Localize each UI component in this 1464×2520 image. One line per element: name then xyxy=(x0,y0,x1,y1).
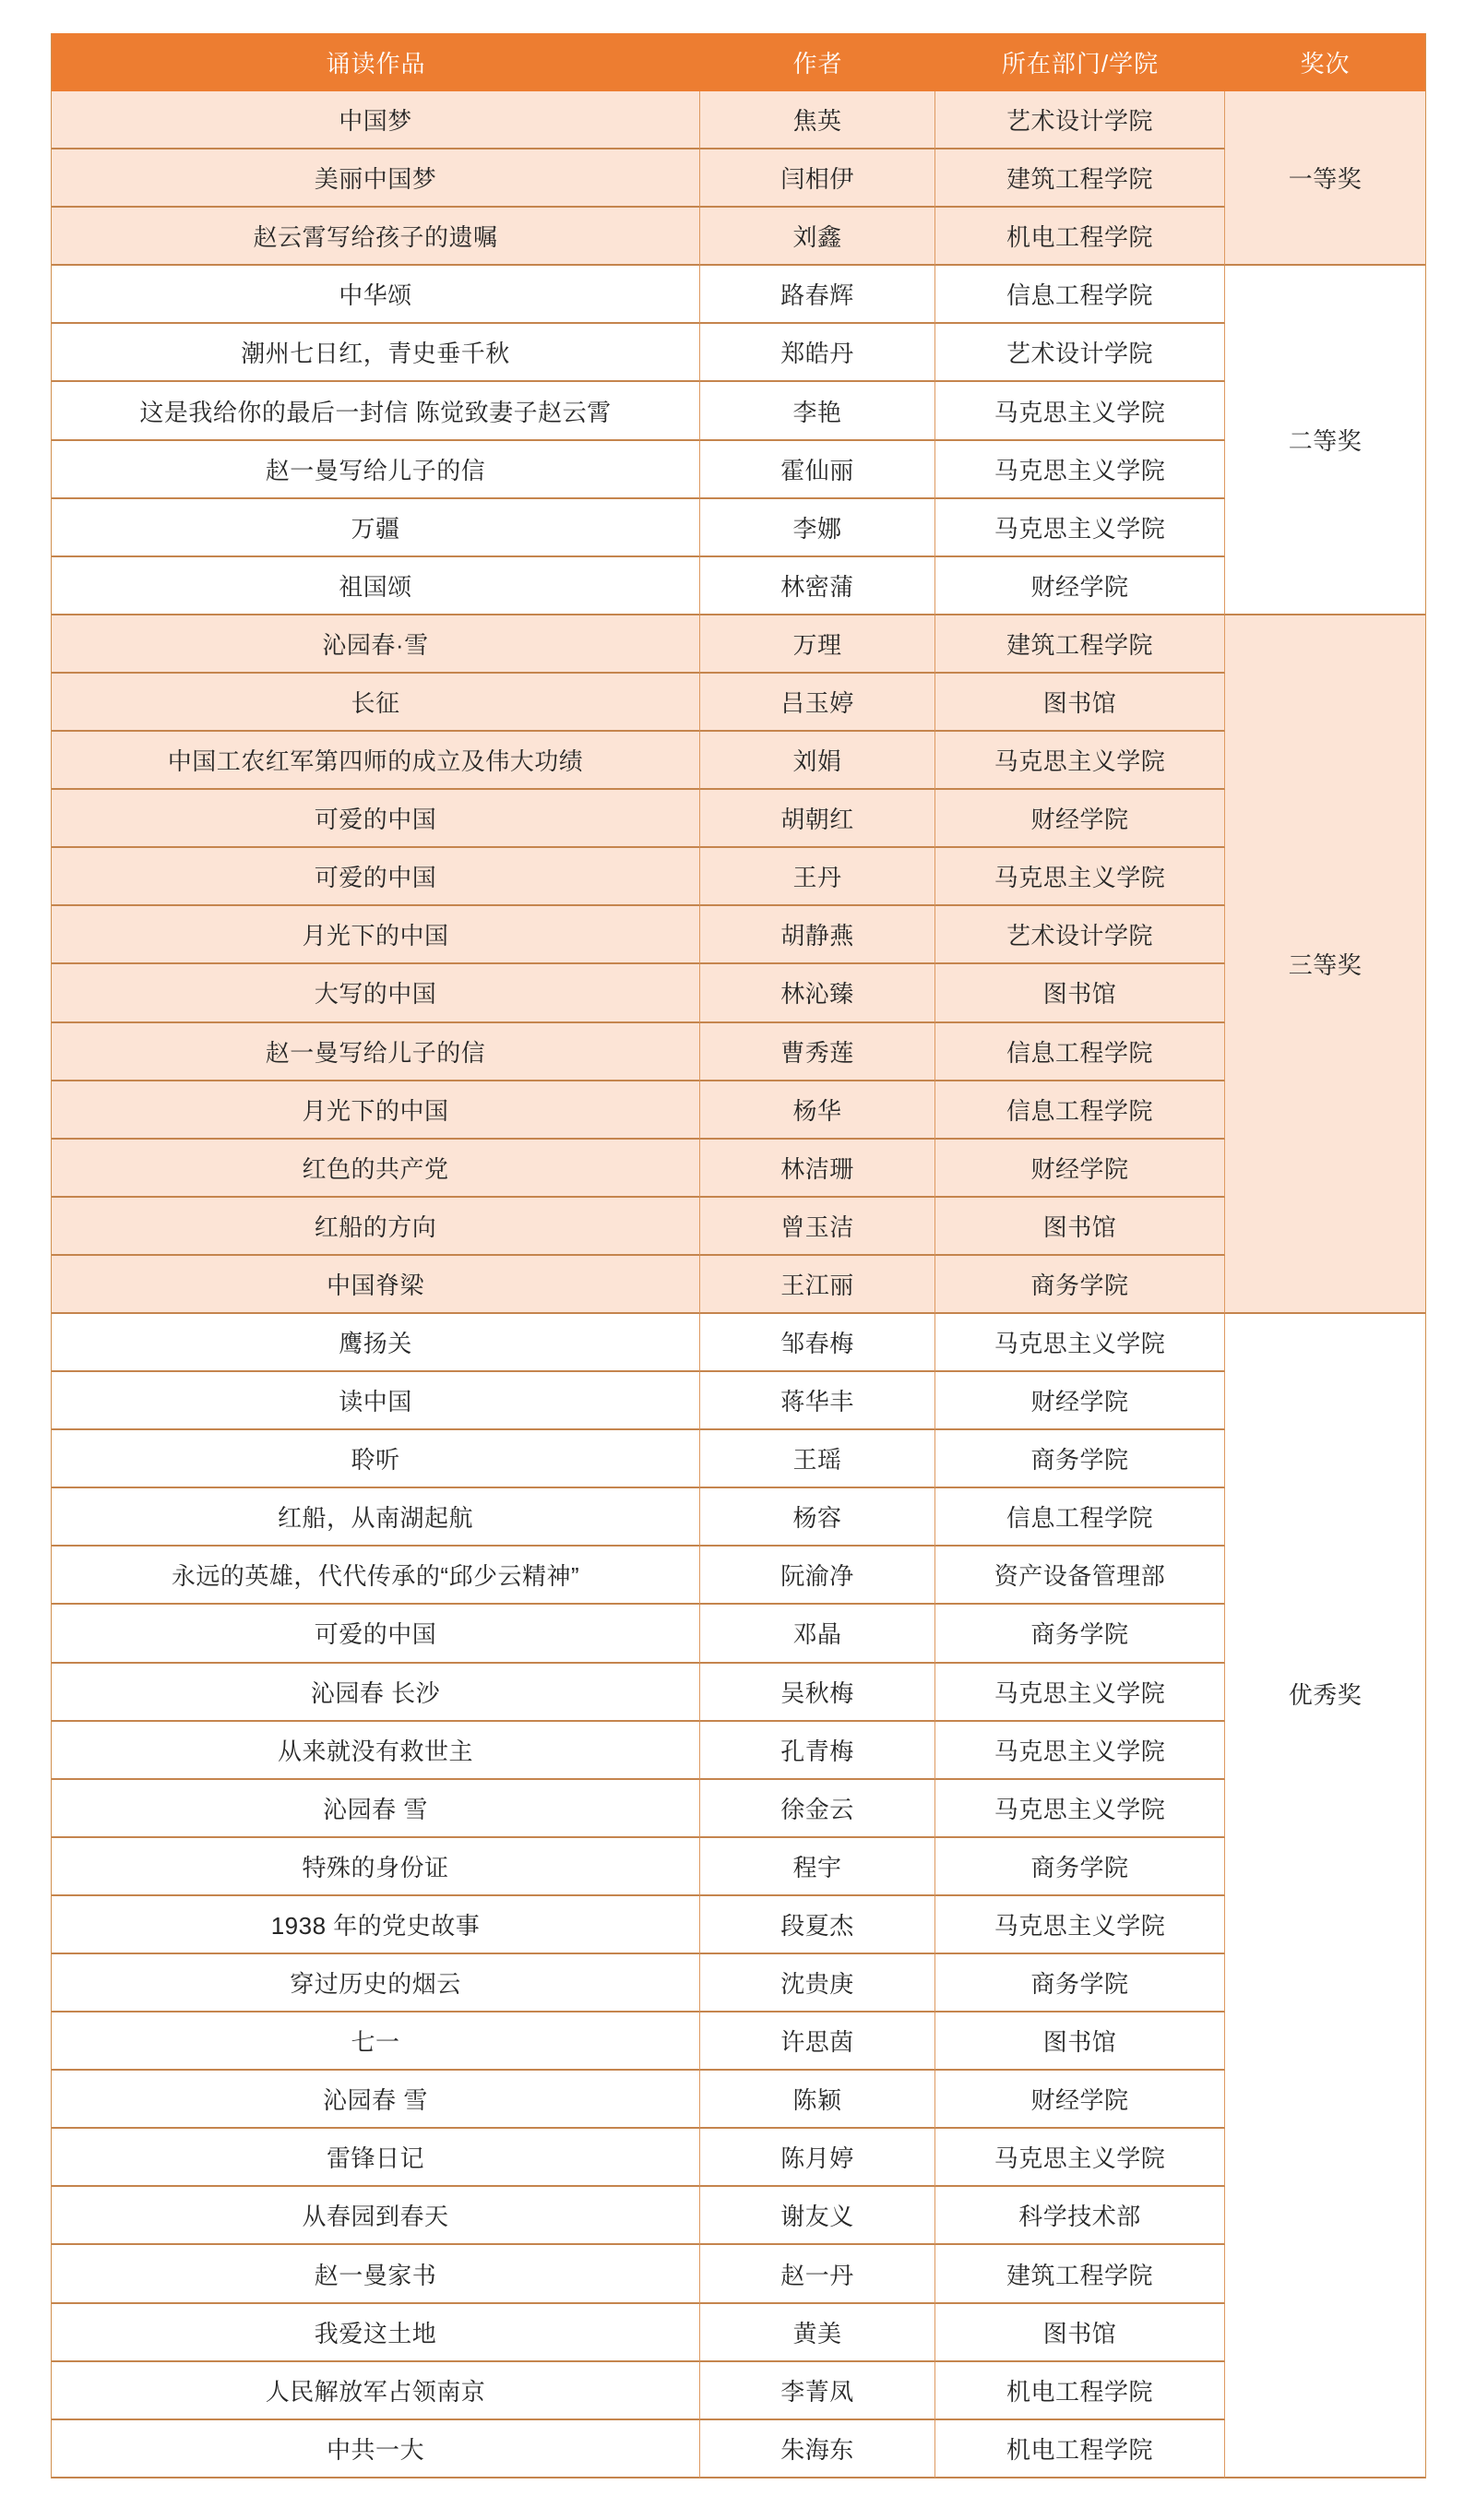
author-cell: 刘鑫 xyxy=(700,208,935,266)
work-title-cell: 月光下的中国 xyxy=(52,906,700,964)
author-cell: 王丹 xyxy=(700,848,935,906)
author-cell: 蒋华丰 xyxy=(700,1372,935,1430)
author-cell: 吴秋梅 xyxy=(700,1664,935,1722)
author-cell: 段夏杰 xyxy=(700,1896,935,1954)
author-cell: 程宇 xyxy=(700,1838,935,1896)
work-title-cell: 红船，从南湖起航 xyxy=(52,1488,700,1547)
work-title-cell: 鹰扬关 xyxy=(52,1314,700,1372)
department-cell: 科学技术部 xyxy=(935,2187,1225,2245)
author-cell: 阮渝净 xyxy=(700,1547,935,1605)
author-cell: 曹秀莲 xyxy=(700,1023,935,1081)
work-title-cell: 永远的英雄，代代传承的“邱少云精神” xyxy=(52,1547,700,1605)
department-cell: 财经学院 xyxy=(935,1140,1225,1198)
department-cell: 资产设备管理部 xyxy=(935,1547,1225,1605)
author-cell: 杨容 xyxy=(700,1488,935,1547)
work-title-cell: 万疆 xyxy=(52,499,700,557)
work-title-cell: 聆听 xyxy=(52,1430,700,1488)
department-cell: 建筑工程学院 xyxy=(935,2245,1225,2303)
author-cell: 闫相伊 xyxy=(700,149,935,208)
department-cell: 机电工程学院 xyxy=(935,2420,1225,2478)
author-cell: 陈月婷 xyxy=(700,2129,935,2187)
work-title-cell: 中华颂 xyxy=(52,266,700,324)
work-title-cell: 大写的中国 xyxy=(52,964,700,1022)
author-cell: 李菁凤 xyxy=(700,2362,935,2420)
department-cell: 艺术设计学院 xyxy=(935,324,1225,382)
work-title-cell: 中国工农红军第四师的成立及伟大功绩 xyxy=(52,732,700,790)
work-title-cell: 1938 年的党史故事 xyxy=(52,1896,700,1954)
work-title-cell: 赵云霄写给孩子的遗嘱 xyxy=(52,208,700,266)
department-cell: 商务学院 xyxy=(935,1430,1225,1488)
department-cell: 马克思主义学院 xyxy=(935,1896,1225,1954)
department-cell: 财经学院 xyxy=(935,2071,1225,2129)
department-cell: 财经学院 xyxy=(935,557,1225,615)
department-cell: 马克思主义学院 xyxy=(935,441,1225,499)
work-title-cell: 特殊的身份证 xyxy=(52,1838,700,1896)
department-cell: 马克思主义学院 xyxy=(935,1314,1225,1372)
work-title-cell: 沁园春 雪 xyxy=(52,2071,700,2129)
department-cell: 机电工程学院 xyxy=(935,208,1225,266)
work-title-cell: 红船的方向 xyxy=(52,1198,700,1256)
work-title-cell: 读中国 xyxy=(52,1372,700,1430)
author-cell: 刘娟 xyxy=(700,732,935,790)
work-title-cell: 穿过历史的烟云 xyxy=(52,1954,700,2012)
author-cell: 孔青梅 xyxy=(700,1722,935,1780)
department-cell: 图书馆 xyxy=(935,2304,1225,2362)
author-cell: 林洁珊 xyxy=(700,1140,935,1198)
department-cell: 信息工程学院 xyxy=(935,1081,1225,1140)
department-cell: 图书馆 xyxy=(935,964,1225,1022)
department-cell: 信息工程学院 xyxy=(935,1023,1225,1081)
author-cell: 李艳 xyxy=(700,382,935,440)
table-header-row: 诵读作品 作者 所在部门/学院 奖次 xyxy=(52,33,1425,91)
author-cell: 路春辉 xyxy=(700,266,935,324)
department-cell: 商务学院 xyxy=(935,1838,1225,1896)
department-cell: 商务学院 xyxy=(935,1954,1225,2012)
award-cell: 三等奖 xyxy=(1225,615,1425,1314)
work-title-cell: 长征 xyxy=(52,674,700,732)
department-cell: 马克思主义学院 xyxy=(935,1664,1225,1722)
work-title-cell: 赵一曼写给儿子的信 xyxy=(52,1023,700,1081)
work-title-cell: 赵一曼写给儿子的信 xyxy=(52,441,700,499)
work-title-cell: 沁园春 长沙 xyxy=(52,1664,700,1722)
award-cell: 一等奖 xyxy=(1225,91,1425,266)
author-cell: 许思茵 xyxy=(700,2012,935,2071)
department-cell: 机电工程学院 xyxy=(935,2362,1225,2420)
work-title-cell: 潮州七日红，青史垂千秋 xyxy=(52,324,700,382)
author-cell: 胡朝红 xyxy=(700,790,935,848)
author-cell: 吕玉婷 xyxy=(700,674,935,732)
author-cell: 王瑶 xyxy=(700,1430,935,1488)
department-cell: 图书馆 xyxy=(935,674,1225,732)
department-cell: 建筑工程学院 xyxy=(935,149,1225,208)
author-cell: 霍仙丽 xyxy=(700,441,935,499)
author-cell: 杨华 xyxy=(700,1081,935,1140)
author-cell: 胡静燕 xyxy=(700,906,935,964)
work-title-cell: 雷锋日记 xyxy=(52,2129,700,2187)
work-title-cell: 中共一大 xyxy=(52,2420,700,2478)
author-cell: 邹春梅 xyxy=(700,1314,935,1372)
work-title-cell: 我爱这土地 xyxy=(52,2304,700,2362)
department-cell: 建筑工程学院 xyxy=(935,615,1225,674)
department-cell: 商务学院 xyxy=(935,1605,1225,1663)
work-title-cell: 人民解放军占领南京 xyxy=(52,2362,700,2420)
award-cell: 优秀奖 xyxy=(1225,1314,1425,2478)
department-cell: 艺术设计学院 xyxy=(935,906,1225,964)
work-title-cell: 这是我给你的最后一封信 陈觉致妻子赵云霄 xyxy=(52,382,700,440)
author-cell: 朱海东 xyxy=(700,2420,935,2478)
department-cell: 马克思主义学院 xyxy=(935,1722,1225,1780)
author-cell: 沈贵庚 xyxy=(700,1954,935,2012)
author-cell: 谢友义 xyxy=(700,2187,935,2245)
author-cell: 曾玉洁 xyxy=(700,1198,935,1256)
work-title-cell: 可爱的中国 xyxy=(52,1605,700,1663)
work-title-cell: 月光下的中国 xyxy=(52,1081,700,1140)
work-title-cell: 中国梦 xyxy=(52,91,700,149)
author-cell: 黄美 xyxy=(700,2304,935,2362)
work-title-cell: 红色的共产党 xyxy=(52,1140,700,1198)
work-title-cell: 可爱的中国 xyxy=(52,848,700,906)
department-cell: 马克思主义学院 xyxy=(935,732,1225,790)
recitation-awards-table: 诵读作品 作者 所在部门/学院 奖次 中国梦焦英艺术设计学院美丽中国梦闫相伊建筑… xyxy=(51,33,1426,2478)
author-cell: 焦英 xyxy=(700,91,935,149)
work-title-cell: 沁园春 雪 xyxy=(52,1780,700,1838)
work-title-cell: 从来就没有救世主 xyxy=(52,1722,700,1780)
department-cell: 艺术设计学院 xyxy=(935,91,1225,149)
author-cell: 陈颖 xyxy=(700,2071,935,2129)
department-cell: 马克思主义学院 xyxy=(935,499,1225,557)
work-title-cell: 中国脊梁 xyxy=(52,1256,700,1314)
author-cell: 林密蒲 xyxy=(700,557,935,615)
department-cell: 商务学院 xyxy=(935,1256,1225,1314)
header-work-title: 诵读作品 xyxy=(52,33,700,91)
department-cell: 信息工程学院 xyxy=(935,1488,1225,1547)
table-body: 中国梦焦英艺术设计学院美丽中国梦闫相伊建筑工程学院赵云霄写给孩子的遗嘱刘鑫机电工… xyxy=(52,91,1425,2478)
award-cell: 二等奖 xyxy=(1225,266,1425,615)
author-cell: 王江丽 xyxy=(700,1256,935,1314)
author-cell: 李娜 xyxy=(700,499,935,557)
header-department: 所在部门/学院 xyxy=(935,33,1225,91)
work-title-cell: 七一 xyxy=(52,2012,700,2071)
author-cell: 徐金云 xyxy=(700,1780,935,1838)
work-title-cell: 赵一曼家书 xyxy=(52,2245,700,2303)
author-cell: 万理 xyxy=(700,615,935,674)
work-title-cell: 从春园到春天 xyxy=(52,2187,700,2245)
department-cell: 信息工程学院 xyxy=(935,266,1225,324)
department-cell: 图书馆 xyxy=(935,1198,1225,1256)
author-cell: 赵一丹 xyxy=(700,2245,935,2303)
department-cell: 马克思主义学院 xyxy=(935,2129,1225,2187)
work-title-cell: 沁园春·雪 xyxy=(52,615,700,674)
author-cell: 邓晶 xyxy=(700,1605,935,1663)
header-author: 作者 xyxy=(700,33,935,91)
department-cell: 马克思主义学院 xyxy=(935,382,1225,440)
department-cell: 图书馆 xyxy=(935,2012,1225,2071)
department-cell: 马克思主义学院 xyxy=(935,848,1225,906)
department-cell: 财经学院 xyxy=(935,790,1225,848)
department-cell: 财经学院 xyxy=(935,1372,1225,1430)
author-cell: 林沁臻 xyxy=(700,964,935,1022)
work-title-cell: 可爱的中国 xyxy=(52,790,700,848)
work-title-cell: 美丽中国梦 xyxy=(52,149,700,208)
work-title-cell: 祖国颂 xyxy=(52,557,700,615)
author-cell: 郑皓丹 xyxy=(700,324,935,382)
header-award-level: 奖次 xyxy=(1225,33,1425,91)
department-cell: 马克思主义学院 xyxy=(935,1780,1225,1838)
